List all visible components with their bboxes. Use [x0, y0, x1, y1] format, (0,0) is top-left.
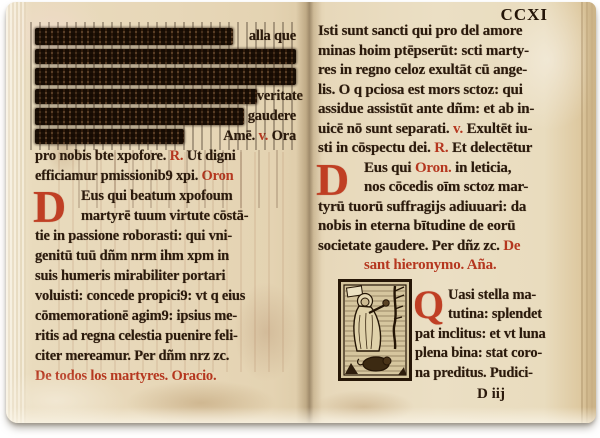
left-text-block: alla queveritategaudereAmē. v. Orapro no…: [35, 26, 296, 386]
text-segment: nobis in eterna bītudine de eorū: [318, 218, 515, 234]
text-line: De todos los martyres. Oracio.: [35, 366, 296, 386]
text-segment: tyrū tuorū suffragijs adiuuari: da: [318, 199, 526, 215]
left-page: alla queveritategaudereAmē. v. Orapro no…: [6, 2, 308, 423]
text-segment: genitū tuū dñm nrm ihm xpm in: [35, 248, 229, 264]
woodcut-st-jerome: [338, 279, 412, 381]
text-line: minas hoim ptēpserūt: scti marty-: [318, 42, 584, 62]
text-segment: De: [503, 238, 520, 254]
text-segment: lis. O q pciosa est mors sctoz: qui: [318, 82, 523, 98]
text-line: res in regno celoz exultāt cū ange-: [318, 61, 584, 81]
text-segment: v.: [453, 121, 463, 137]
text-line: na preditus. Pudici-: [415, 364, 587, 383]
censored-line: [35, 46, 296, 66]
text-segment: Eus qui: [364, 160, 415, 176]
text-segment: Eus qui beatum xpofoum: [81, 188, 233, 204]
text-segment: assidue assistūt ante dñm: et ab in-: [318, 101, 534, 117]
text-line: Isti sunt sancti qui pro del amore: [318, 22, 584, 42]
text-segment: R.: [170, 148, 184, 164]
text-line: sti in cōspectu dei. R. Et delectētur: [318, 139, 584, 159]
text-segment: tutina: splendet: [448, 306, 542, 322]
text-line: pro nobis bte xpofore. R. Ut digni: [35, 146, 296, 166]
censored-line-tail: Amē. v. Ora: [184, 126, 296, 146]
text-segment: martyrē tuum virtute cōstā-: [81, 208, 248, 224]
text-segment: Ora: [272, 128, 296, 144]
censor-bar: [35, 49, 296, 64]
censor-bar: [35, 28, 233, 45]
text-segment: res in regno celoz exultāt cū ange-: [318, 62, 527, 78]
censor-bar: [35, 129, 184, 144]
text-segment: gaudere: [248, 108, 296, 124]
text-line: lis. O q pciosa est mors sctoz: qui: [318, 81, 584, 101]
text-line: tie in passione roborasti: qui vni-: [35, 226, 296, 246]
text-line: societate gaudere. Per dñz zc. De: [318, 237, 584, 257]
text-line: tyrū tuorū suffragijs adiuuari: da: [318, 198, 584, 218]
text-line: DEus qui beatum xpofoum: [35, 186, 296, 206]
text-line: nos cōcedis oīm sctoz mar-: [318, 178, 584, 198]
text-line: pat inclitus: et vt luna: [415, 325, 587, 344]
text-segment: Amē.: [223, 128, 255, 144]
bottom-stain: [126, 380, 276, 423]
text-segment: Et delectētur: [448, 140, 532, 156]
text-segment: De todos los martyres. Oracio.: [35, 368, 216, 384]
text-segment: sant hieronymo. Aña.: [364, 257, 496, 273]
censor-bar: [35, 108, 244, 125]
text-segment: v.: [255, 128, 272, 144]
photo-background: alla queveritategaudereAmē. v. Orapro no…: [0, 0, 600, 438]
censored-line: gaudere: [35, 106, 296, 126]
text-line: assidue assistūt ante dñm: et ab in-: [318, 100, 584, 120]
text-segment: pat inclitus: et vt luna: [415, 326, 546, 342]
text-segment: suis humeris mirabiliter portari: [35, 268, 225, 284]
page-edges-left: [6, 2, 26, 423]
text-segment: societate gaudere. Per dñz zc.: [318, 238, 503, 254]
text-segment: pro nobis bte xpofore.: [35, 148, 170, 164]
text-line: QUasi stella ma-: [415, 286, 587, 305]
text-line: DEus qui Oron. in leticia,: [318, 159, 584, 179]
text-line: efficiamur pmissionib9 xpi. Oron: [35, 166, 296, 186]
woodcut-st-jerome-image: [338, 279, 412, 381]
text-segment: alla que: [249, 28, 296, 44]
text-segment: Oron.: [415, 160, 452, 176]
right-text-block: Isti sunt sancti qui pro del amoreminas …: [318, 22, 584, 276]
text-line: cōmemorationē agim9: ipsius me-: [35, 306, 296, 326]
censored-line-tail: veritate: [257, 86, 303, 106]
text-segment: R.: [434, 140, 448, 156]
text-line: citer mereamur. Per dñm nrz zc.: [35, 346, 296, 366]
text-line: uicē nō sunt separati. v. Exultēt iu-: [318, 120, 584, 140]
right-page: CCXI Isti sunt sancti qui pro del amorem…: [308, 2, 596, 423]
text-line: nobis in eterna bītudine de eorū: [318, 217, 584, 237]
drop-initial: Q: [413, 286, 444, 324]
censored-line: alla que: [35, 26, 296, 46]
text-segment: Isti sunt sancti qui pro del amore: [318, 23, 522, 39]
text-line: ritis ad regna celestia puenire feli-: [35, 326, 296, 346]
text-segment: minas hoim ptēpserūt: scti marty-: [318, 43, 529, 59]
text-line: martyrē tuum virtute cōstā-: [35, 206, 296, 226]
open-book: alla queveritategaudereAmē. v. Orapro no…: [6, 2, 596, 423]
text-segment: Uasi stella ma-: [448, 287, 536, 303]
text-segment: Ut digni: [183, 148, 235, 164]
censored-line: [35, 66, 296, 86]
text-segment: voluisti: concede propici9: vt q eius: [35, 288, 245, 304]
censored-line-tail: gaudere: [244, 106, 296, 126]
text-segment: na preditus. Pudici-: [415, 365, 533, 381]
censored-line: Amē. v. Ora: [35, 126, 296, 146]
text-line: voluisti: concede propici9: vt q eius: [35, 286, 296, 306]
text-segment: Exultēt iu-: [463, 121, 532, 137]
text-beside-woodcut: QUasi stella ma-tutina: splendetpat incl…: [415, 286, 587, 383]
text-segment: uicē nō sunt separati.: [318, 121, 453, 137]
text-segment: ritis ad regna celestia puenire feli-: [35, 328, 238, 344]
text-segment: cōmemorationē agim9: ipsius me-: [35, 308, 237, 324]
text-line: sant hieronymo. Aña.: [318, 256, 584, 276]
censor-bar: [35, 68, 296, 85]
text-segment: in leticia,: [452, 160, 512, 176]
text-segment: citer mereamur. Per dñm nrz zc.: [35, 348, 229, 364]
text-segment: plena bina: stat coro-: [415, 345, 542, 361]
text-line: suis humeris mirabiliter portari: [35, 266, 296, 286]
drop-initial: D: [33, 186, 66, 228]
text-line: plena bina: stat coro-: [415, 344, 587, 363]
censor-bar: [35, 89, 257, 104]
bottom-stain: [314, 390, 414, 423]
text-segment: veritate: [257, 88, 303, 104]
censored-line: veritate: [35, 86, 296, 106]
drop-initial: D: [316, 159, 349, 201]
text-segment: Oron: [202, 168, 234, 184]
signature-mark: D iij: [406, 386, 576, 403]
text-segment: nos cōcedis oīm sctoz mar-: [364, 179, 528, 195]
text-line: genitū tuū dñm nrm ihm xpm in: [35, 246, 296, 266]
censored-line-tail: alla que: [233, 26, 296, 46]
